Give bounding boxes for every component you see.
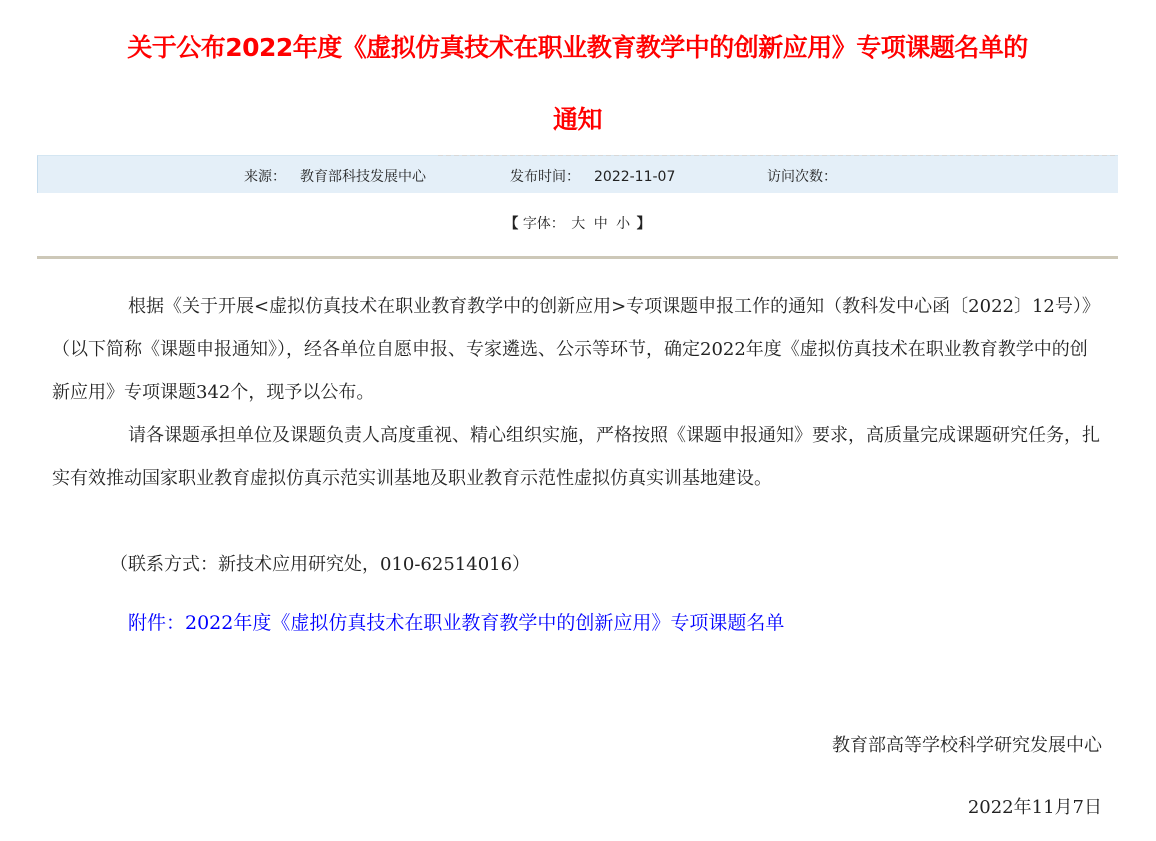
font-size-open-bracket: 【 bbox=[504, 213, 518, 233]
paragraph-text: 根据《关于开展<虚拟仿真技术在职业教育教学中的创新应用>专项课题申报工作的通知（… bbox=[52, 285, 1102, 414]
font-size-small-button[interactable]: 小 bbox=[616, 213, 630, 233]
meta-bar-dashed-border bbox=[438, 155, 1118, 156]
source-info: 来源：教育部科技发展中心 bbox=[244, 166, 426, 186]
contact-text: （联系方式：新技术应用研究处，010-62514016） bbox=[52, 543, 1102, 586]
source-value: 教育部科技发展中心 bbox=[300, 169, 426, 185]
font-size-large-button[interactable]: 大 bbox=[571, 213, 585, 233]
font-size-close-bracket: 】 bbox=[637, 213, 651, 233]
visit-count-info: 访问次数： bbox=[767, 166, 837, 186]
font-size-medium-button[interactable]: 中 bbox=[594, 213, 608, 233]
publish-time-info: 发布时间：2022-11-07 bbox=[510, 166, 675, 186]
body-paragraph-2: 请各课题承担单位及课题负责人高度重视、精心组织实施，严格按照《课题申报通知》要求… bbox=[52, 414, 1102, 500]
contact-info: （联系方式：新技术应用研究处，010-62514016） bbox=[52, 543, 1102, 586]
publish-time-label: 发布时间： bbox=[510, 169, 580, 185]
body-paragraph-1: 根据《关于开展<虚拟仿真技术在职业教育教学中的创新应用>专项课题申报工作的通知（… bbox=[52, 285, 1102, 414]
article-title-line1: 关于公布2022年度《虚拟仿真技术在职业教育教学中的创新应用》专项课题名单的 bbox=[37, 28, 1118, 64]
font-size-control: 【 字体： 大 中 小 】 bbox=[37, 213, 1118, 233]
source-label: 来源： bbox=[244, 169, 286, 185]
header-divider bbox=[37, 256, 1118, 259]
signature-organization: 教育部高等学校科学研究发展中心 bbox=[832, 731, 1102, 757]
publish-time-value: 2022-11-07 bbox=[594, 169, 675, 185]
paragraph-text: 请各课题承担单位及课题负责人高度重视、精心组织实施，严格按照《课题申报通知》要求… bbox=[52, 414, 1102, 500]
article-title-line2: 通知 bbox=[37, 100, 1118, 136]
signature-date: 2022年11月7日 bbox=[968, 793, 1102, 819]
attachment-link[interactable]: 附件：2022年度《虚拟仿真技术在职业教育教学中的创新应用》专项课题名单 bbox=[128, 608, 784, 635]
font-size-label: 字体： bbox=[523, 213, 565, 233]
article-meta-bar: 来源：教育部科技发展中心 发布时间：2022-11-07 访问次数： bbox=[37, 155, 1118, 193]
visit-count-label: 访问次数： bbox=[767, 169, 837, 185]
